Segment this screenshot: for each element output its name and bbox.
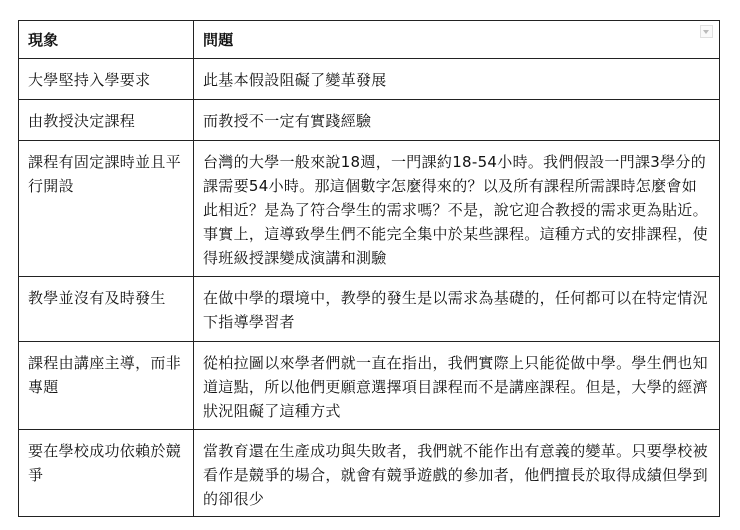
phenomenon-cell: 要在學校成功依賴於競爭 bbox=[19, 430, 194, 517]
problem-cell: 在做中學的環境中，教學的發生是以需求為基礎的，任何都可以在特定情況下指導學習者 bbox=[194, 277, 720, 342]
phenomenon-cell: 由教授決定課程 bbox=[19, 100, 194, 141]
problem-cell: 當教育還在生產成功與失敗者，我們就不能作出有意義的變革。只要學校被看作是競爭的場… bbox=[194, 430, 720, 517]
phenomenon-cell: 課程有固定課時並且平行開設 bbox=[19, 141, 194, 277]
phenomenon-cell: 課程由講座主導，而非專題 bbox=[19, 342, 194, 430]
table-row: 課程有固定課時並且平行開設 台灣的大學一般來說18週，一門課約18-54小時。我… bbox=[19, 141, 720, 277]
phenomenon-cell: 教學並沒有及時發生 bbox=[19, 277, 194, 342]
phenomenon-cell: 大學堅持入學要求 bbox=[19, 59, 194, 100]
table-header-row: 現象 問題 bbox=[19, 21, 720, 59]
problem-cell: 台灣的大學一般來說18週，一門課約18-54小時。我們假設一門課3學分的課需要5… bbox=[194, 141, 720, 277]
header-problem-label: 問題 bbox=[203, 31, 234, 49]
table-row: 由教授決定課程 而教授不一定有實踐經驗 bbox=[19, 100, 720, 141]
table-row: 課程由講座主導，而非專題 從柏拉圖以來學者們就一直在指出，我們實際上只能從做中學… bbox=[19, 342, 720, 430]
problem-cell: 而教授不一定有實踐經驗 bbox=[194, 100, 720, 141]
problem-cell: 此基本假設阻礙了變革發展 bbox=[194, 59, 720, 100]
header-problem: 問題 bbox=[194, 21, 720, 59]
table-row: 教學並沒有及時發生 在做中學的環境中，教學的發生是以需求為基礎的，任何都可以在特… bbox=[19, 277, 720, 342]
table-row: 要在學校成功依賴於競爭 當教育還在生產成功與失敗者，我們就不能作出有意義的變革。… bbox=[19, 430, 720, 517]
header-phenomenon: 現象 bbox=[19, 21, 194, 59]
dropdown-arrow-icon[interactable] bbox=[700, 25, 713, 38]
problem-cell: 從柏拉圖以來學者們就一直在指出，我們實際上只能從做中學。學生們也知道這點，所以他… bbox=[194, 342, 720, 430]
table-row: 大學堅持入學要求 此基本假設阻礙了變革發展 bbox=[19, 59, 720, 100]
phenomenon-problem-table: 現象 問題 大學堅持入學要求 此基本假設阻礙了變革發展 由教授決定課程 而教授不… bbox=[18, 20, 720, 517]
